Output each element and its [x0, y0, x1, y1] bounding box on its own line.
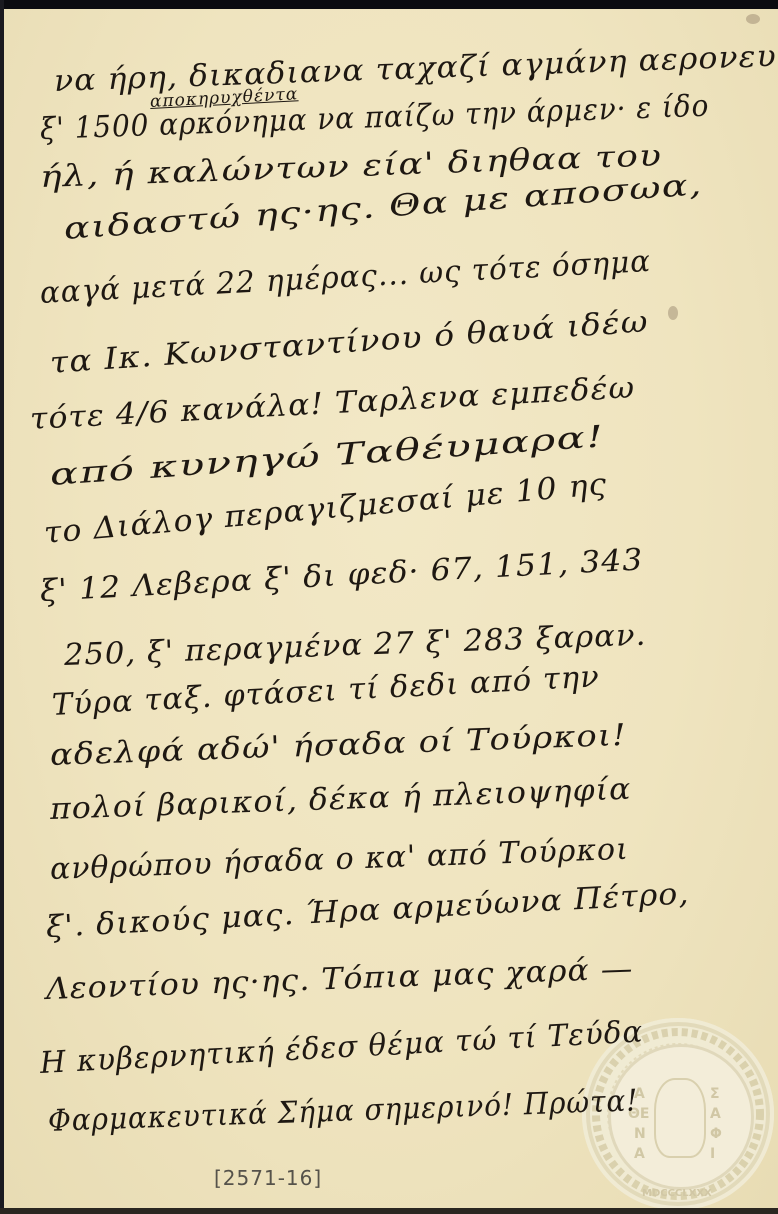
seal-date: MDCCCLXXX — [642, 1188, 712, 1199]
seal-letter: Ν — [634, 1126, 646, 1142]
seal-letter: Α — [710, 1106, 721, 1122]
seal-letter: Α — [634, 1146, 645, 1162]
archive-catalog-number: [2571-16] — [214, 1166, 322, 1190]
seal-letter: Σ — [710, 1086, 720, 1102]
scan-border-bottom — [0, 1208, 778, 1214]
stain — [668, 306, 678, 320]
athena-figure-icon — [654, 1078, 706, 1158]
seal-letter: Ι — [710, 1146, 715, 1162]
stain — [746, 14, 760, 24]
seal-letter: Φ — [710, 1126, 722, 1142]
